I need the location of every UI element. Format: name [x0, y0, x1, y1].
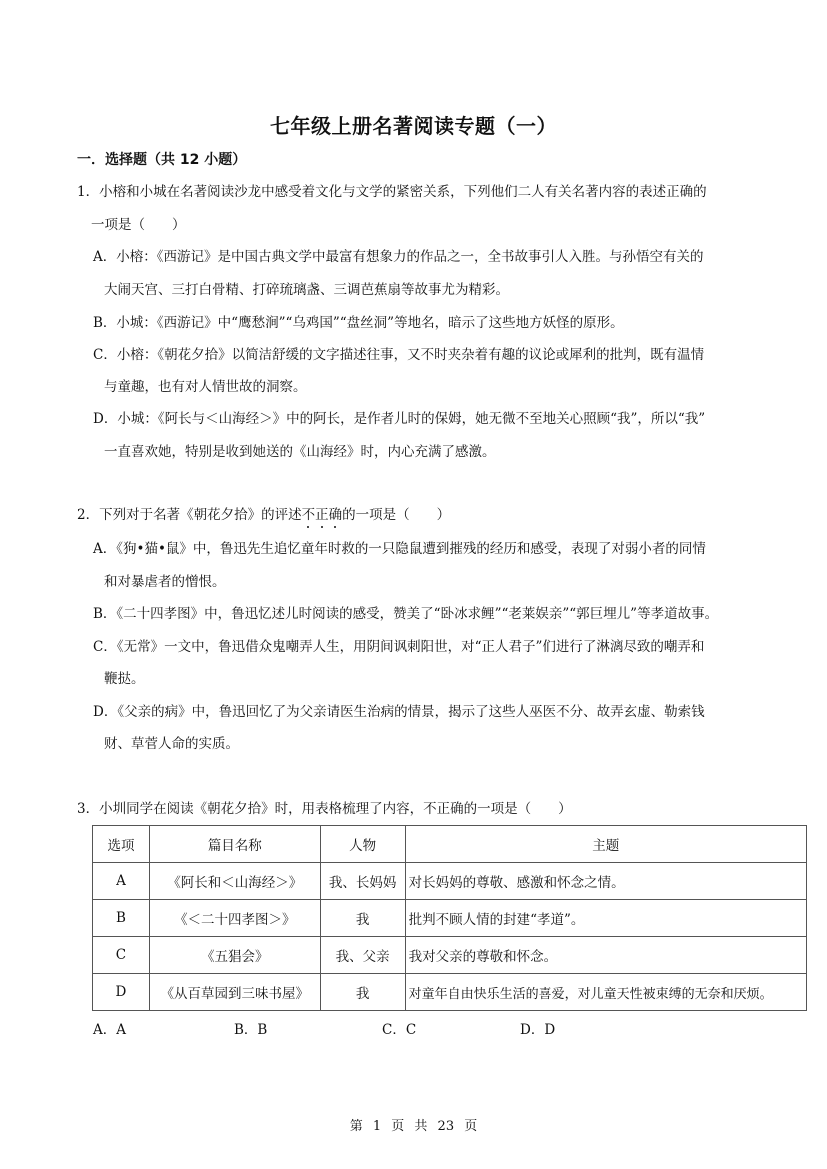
cell-theme: 批判不顾人情的封建“孝道”。 [405, 900, 806, 937]
cell-title: 《＜二十四孝图＞》 [149, 900, 320, 937]
option-text: 《二十四孝图》中，鲁迅忆述儿时阅读的感受，赞美了“卧冰求鲤”“老莱娱亲”“郭巨埋… [116, 606, 718, 622]
header-characters: 人物 [320, 826, 405, 863]
q1-option-c-cont: 与童趣，也有对人情世故的洞察。 [104, 378, 307, 396]
header-title: 篇目名称 [149, 826, 320, 863]
cell-option: A [93, 863, 150, 900]
page-footer: 第 1 页 共 23 页 [0, 1115, 827, 1134]
option-label: B． [93, 315, 116, 331]
option-label: C． [93, 347, 117, 363]
q1-option-d[interactable]: D．小城：《阿长与＜山海经＞》中的阿长，是作者儿时的保姆，她无微不至地关心照顾“… [93, 410, 705, 428]
q3-choice-a[interactable]: A．A [93, 1018, 126, 1038]
option-text: 小城：《西游记》中“鹰愁涧”“乌鸡国”“盘丝洞”等地名，暗示了这些地方妖怪的原形… [116, 315, 623, 331]
question-number: 1． [77, 184, 99, 200]
section-heading: 一．选择题（共 12 小题） [77, 149, 246, 169]
emphasis-char: 正 [315, 507, 329, 523]
option-label: B． [93, 606, 116, 622]
header-theme: 主题 [405, 826, 806, 863]
question-text: 小榕和小城在名著阅读沙龙中感受着文化与文学的紧密关系，下列他们二人有关名著内容的… [99, 184, 707, 200]
cell-theme: 对童年自由快乐生活的喜爱，对儿童天性被束缚的无奈和厌烦。 [405, 974, 806, 1011]
cell-option: C [93, 937, 150, 974]
q1-option-d-cont: 一直喜欢她，特别是收到她送的《山海经》时，内心充满了感激。 [104, 443, 496, 461]
table-header-row: 选项 篇目名称 人物 主题 [93, 826, 807, 863]
question-number: 3． [77, 801, 99, 817]
cell-characters: 我、父亲 [320, 937, 405, 974]
option-label: D． [93, 704, 117, 720]
document-title: 七年级上册名著阅读专题（一） [0, 110, 827, 139]
option-text: 小榕：《西游记》是中国古典文学中最富有想象力的作品之一，全书故事引人入胜。与孙悟… [116, 249, 703, 265]
cell-option: D [93, 974, 150, 1011]
question-1-stem-line1: 1．小榕和小城在名著阅读沙龙中感受着文化与文学的紧密关系，下列他们二人有关名著内… [77, 183, 707, 201]
cell-title: 《阿长和＜山海经＞》 [149, 863, 320, 900]
q1-option-c[interactable]: C．小榕：《朝花夕拾》以简洁舒缓的文字描述往事，又不时夹杂着有趣的议论或犀利的批… [93, 346, 704, 364]
question-text-end: 的一项是（ ） [342, 507, 450, 523]
q3-choice-c[interactable]: C．C [382, 1018, 416, 1038]
question-number: 2． [77, 507, 99, 523]
question-text: 下列对于名著《朝花夕拾》的评述 [99, 507, 302, 523]
question-1-stem-line2: 一项是（ ） [91, 216, 186, 234]
q2-option-a-cont: 和对暴虐者的憎恨。 [104, 573, 226, 591]
option-text: 《无常》一文中，鲁迅借众鬼嘲弄人生，用阴间讽刺阳世，对“正人君子”们进行了淋漓尽… [117, 639, 705, 655]
content-table: 选项 篇目名称 人物 主题 A 《阿长和＜山海经＞》 我、长妈妈 对长妈妈的尊敬… [92, 825, 807, 1011]
option-label: C． [93, 639, 117, 655]
q1-option-b[interactable]: B．小城：《西游记》中“鹰愁涧”“乌鸡国”“盘丝洞”等地名，暗示了这些地方妖怪的… [93, 314, 624, 332]
option-label: A． [93, 541, 116, 557]
emphasis-char: 确 [329, 507, 343, 523]
table-row: D 《从百草园到三味书屋》 我 对童年自由快乐生活的喜爱，对儿童天性被束缚的无奈… [93, 974, 807, 1011]
emphasis-char: 不 [302, 507, 316, 523]
option-text: 《狗•猫•鼠》中，鲁迅先生追忆童年时救的一只隐鼠遭到摧残的经历和感受，表现了对弱… [116, 541, 706, 557]
question-text: 小圳同学在阅读《朝花夕拾》时，用表格梳理了内容，不正确的一项是（ ） [99, 801, 572, 817]
q2-option-a[interactable]: A．《狗•猫•鼠》中，鲁迅先生追忆童年时救的一只隐鼠遭到摧残的经历和感受，表现了… [93, 540, 706, 558]
question-2-stem: 2．下列对于名著《朝花夕拾》的评述不正确的一项是（ ） [77, 506, 450, 524]
header-option: 选项 [93, 826, 150, 863]
option-text: 小城：《阿长与＜山海经＞》中的阿长，是作者儿时的保姆，她无微不至地关心照顾“我”… [117, 411, 705, 427]
cell-title: 《从百草园到三味书屋》 [149, 974, 320, 1011]
cell-theme: 对长妈妈的尊敬、感激和怀念之情。 [405, 863, 806, 900]
table-row: C 《五猖会》 我、父亲 我对父亲的尊敬和怀念。 [93, 937, 807, 974]
cell-characters: 我 [320, 900, 405, 937]
q2-option-c[interactable]: C．《无常》一文中，鲁迅借众鬼嘲弄人生，用阴间讽刺阳世，对“正人君子”们进行了淋… [93, 638, 704, 656]
q2-option-d-cont: 财、草菅人命的实质。 [104, 735, 239, 753]
cell-option: B [93, 900, 150, 937]
table-row: A 《阿长和＜山海经＞》 我、长妈妈 对长妈妈的尊敬、感激和怀念之情。 [93, 863, 807, 900]
option-label: D． [93, 411, 117, 427]
q2-option-c-cont: 鞭挞。 [104, 670, 145, 688]
cell-theme: 我对父亲的尊敬和怀念。 [405, 937, 806, 974]
table-row: B 《＜二十四孝图＞》 我 批判不顾人情的封建“孝道”。 [93, 900, 807, 937]
question-3-stem: 3．小圳同学在阅读《朝花夕拾》时，用表格梳理了内容，不正确的一项是（ ） [77, 800, 572, 818]
q1-option-a-cont: 大闹天宫、三打白骨精、打碎琉璃盏、三调芭蕉扇等故事尤为精彩。 [104, 281, 509, 299]
q2-option-b[interactable]: B．《二十四孝图》中，鲁迅忆述儿时阅读的感受，赞美了“卧冰求鲤”“老莱娱亲”“郭… [93, 605, 718, 623]
option-text: 小榕：《朝花夕拾》以简洁舒缓的文字描述往事，又不时夹杂着有趣的议论或犀利的批判，… [117, 347, 704, 363]
q2-option-d[interactable]: D．《父亲的病》中，鲁迅回忆了为父亲请医生治病的情景，揭示了这些人巫医不分、故弄… [93, 703, 705, 721]
cell-characters: 我 [320, 974, 405, 1011]
q3-choice-b[interactable]: B．B [234, 1018, 267, 1038]
cell-title: 《五猖会》 [149, 937, 320, 974]
q1-option-a[interactable]: A．小榕：《西游记》是中国古典文学中最富有想象力的作品之一，全书故事引人入胜。与… [93, 248, 704, 266]
q3-choice-d[interactable]: D．D [520, 1018, 555, 1038]
option-text: 《父亲的病》中，鲁迅回忆了为父亲请医生治病的情景，揭示了这些人巫医不分、故弄玄虚… [117, 704, 704, 720]
option-label: A． [93, 249, 116, 265]
cell-characters: 我、长妈妈 [320, 863, 405, 900]
